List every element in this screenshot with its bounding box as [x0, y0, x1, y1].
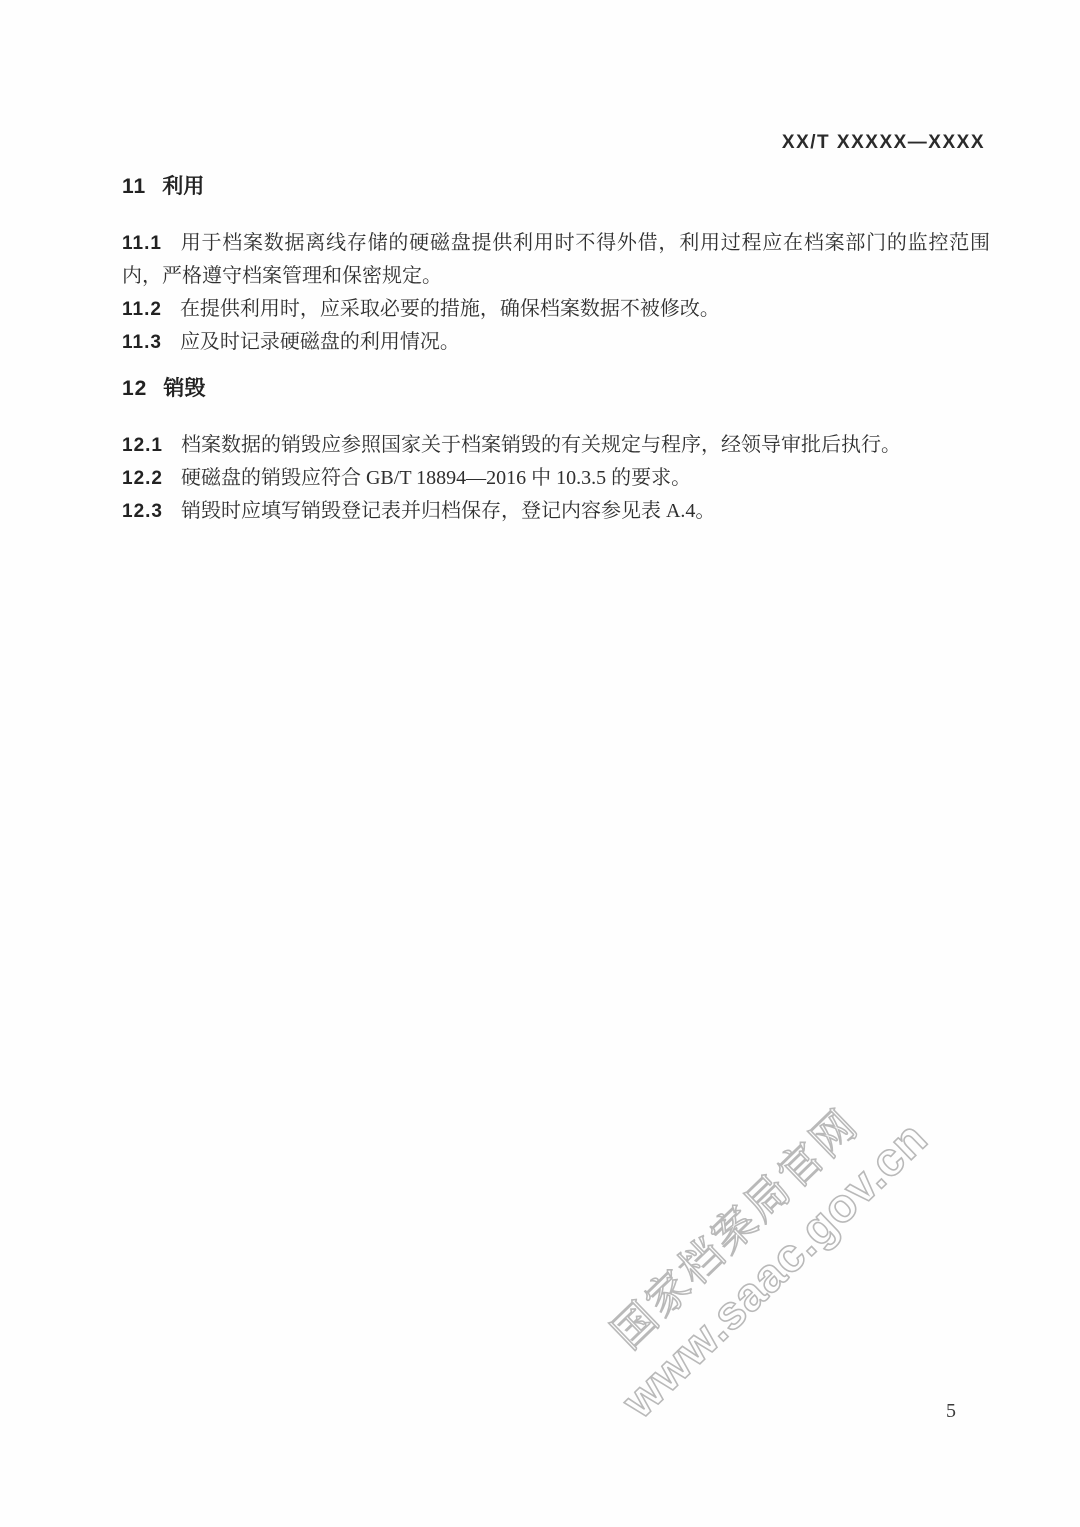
page-number: 5: [946, 1400, 956, 1423]
site-watermark: 国家档案局官网 www.saac.gov.cn: [545, 1044, 967, 1457]
section-title: 利用: [162, 170, 204, 203]
clause-text: 用于档案数据离线存储的硬磁盘提供利用时不得外借，利用过程应在档案部门的监控范围内…: [122, 232, 990, 287]
watermark-url: www.saac.gov.cn: [582, 1082, 966, 1456]
clause-text: 硬磁盘的销毁应符合 GB/T 18894—2016 中 10.3.5 的要求。: [181, 467, 691, 489]
clause-12-3: 12.3销毁时应填写销毁登记表并归档保存，登记内容参见表 A.4。: [122, 495, 990, 528]
clause-11-2: 11.2在提供利用时，应采取必要的措施，确保档案数据不被修改。: [122, 293, 990, 326]
clause-number: 11.3: [122, 332, 162, 353]
section-number: 11: [122, 170, 146, 203]
page-content: 11 利用 11.1用于档案数据离线存储的硬磁盘提供利用时不得外借，利用过程应在…: [122, 170, 990, 528]
clause-text: 在提供利用时，应采取必要的措施，确保档案数据不被修改。: [180, 298, 720, 320]
clause-12-2: 12.2硬磁盘的销毁应符合 GB/T 18894—2016 中 10.3.5 的…: [122, 462, 990, 495]
clause-number: 11.1: [122, 233, 162, 254]
section-heading-12: 12 销毁: [122, 372, 990, 405]
clause-11-1: 11.1用于档案数据离线存储的硬磁盘提供利用时不得外借，利用过程应在档案部门的监…: [122, 227, 990, 293]
clause-number: 12.2: [122, 468, 163, 489]
clause-text: 档案数据的销毁应参照国家关于档案销毁的有关规定与程序，经领导审批后执行。: [181, 434, 901, 456]
section-title: 销毁: [163, 372, 205, 405]
clause-number: 11.2: [122, 299, 162, 320]
clause-12-1: 12.1档案数据的销毁应参照国家关于档案销毁的有关规定与程序，经领导审批后执行。: [122, 429, 990, 462]
clause-text: 销毁时应填写销毁登记表并归档保存，登记内容参见表 A.4。: [181, 500, 715, 522]
section-heading-11: 11 利用: [122, 170, 990, 203]
clause-number: 12.3: [122, 501, 163, 522]
clause-text: 应及时记录硬磁盘的利用情况。: [180, 331, 460, 353]
watermark-text-cjk: 国家档案局官网: [545, 1044, 928, 1416]
running-header-doc-code: XX/T XXXXX—XXXX: [782, 132, 985, 154]
section-number: 12: [122, 372, 147, 405]
clause-number: 12.1: [122, 435, 163, 456]
document-page: XX/T XXXXX—XXXX 11 利用 11.1用于档案数据离线存储的硬磁盘…: [0, 0, 1080, 1527]
clause-11-3: 11.3应及时记录硬磁盘的利用情况。: [122, 326, 990, 359]
